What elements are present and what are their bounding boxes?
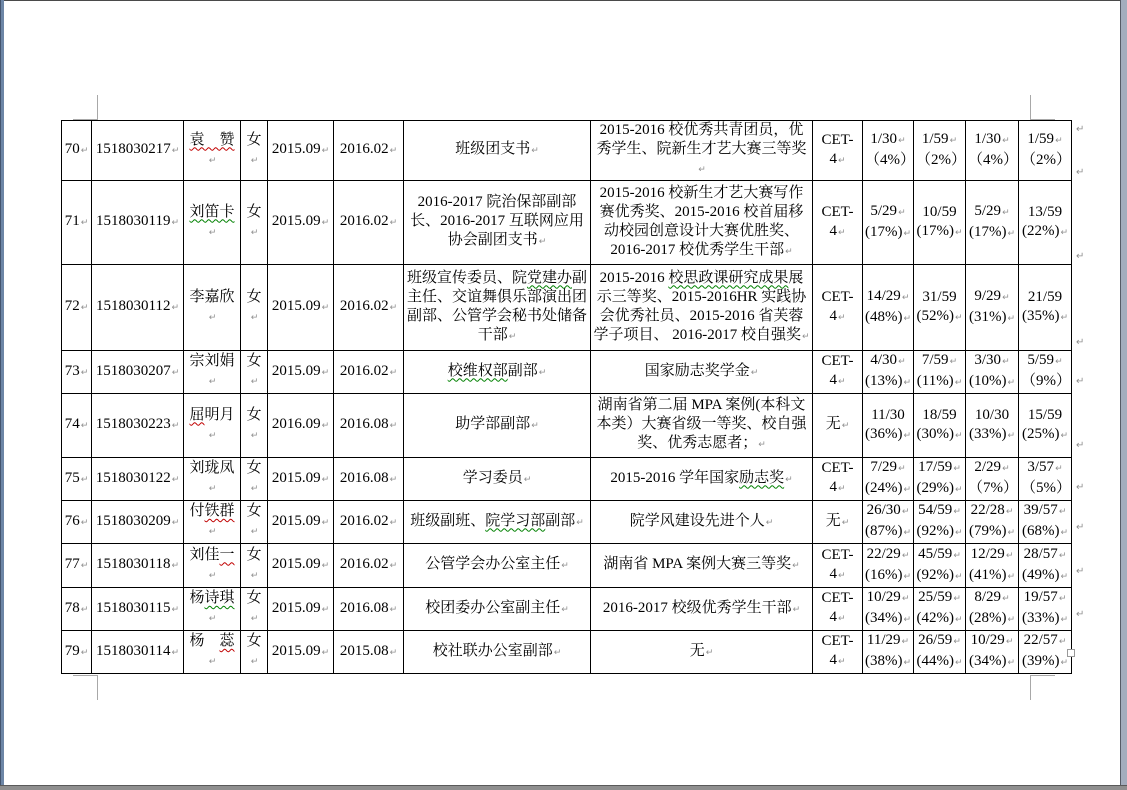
cell-term-start[interactable]: 2015.09↵ — [268, 588, 334, 631]
cell-end-mark: ↵ — [539, 237, 547, 247]
cell-end-mark: ↵ — [81, 475, 89, 485]
stat-percent: (10%)↵ — [968, 372, 1016, 393]
cell-end-mark: ↵ — [81, 648, 89, 658]
cell-end-mark: ↵ — [902, 293, 910, 303]
cell-end-mark: ↵ — [561, 561, 569, 571]
stat-percent: (29%)↵ — [916, 479, 963, 500]
stat-percent: (38%)↵ — [865, 652, 911, 673]
text-run: 女 — [246, 289, 261, 305]
cell-end-mark: ↵ — [322, 368, 330, 378]
cell-name[interactable]: 袁 赞↵ — [184, 121, 241, 181]
table-resize-handle[interactable] — [1067, 649, 1075, 657]
cell-end-mark: ↵ — [172, 475, 180, 485]
cell-awards[interactable]: 2015-2016 校思政课研究成果展示三等奖、2015-2016HR 实践协会… — [591, 265, 813, 351]
text-run: 2016.02 — [340, 141, 389, 157]
cell-end-mark: ↵ — [838, 313, 846, 323]
cell-end-mark: ↵ — [531, 146, 539, 156]
cell-stat-3[interactable]: 9/29↵(31%)↵ — [966, 265, 1019, 351]
cell-name[interactable]: 李嘉欣↵ — [184, 265, 241, 351]
cell-end-mark: ↵ — [902, 507, 910, 517]
cell-end-mark: ↵ — [172, 421, 180, 431]
cell-stat-1[interactable]: 4/30↵(13%)↵ — [863, 351, 914, 394]
cell-stat-1[interactable]: 26/30↵(87%)↵ — [863, 501, 914, 544]
cell-stat-3[interactable]: 10/30(33%)↵ — [966, 394, 1019, 458]
cell-term-end[interactable]: 2016.02↵ — [334, 121, 404, 181]
cell-name[interactable]: 宗刘娟↵ — [184, 351, 241, 394]
cell-stat-1[interactable]: 5/29↵(17%)↵ — [863, 181, 914, 265]
stat-fraction: 45/59↵ — [916, 545, 963, 566]
text-run: 院学习部 — [485, 513, 545, 529]
cell-end-mark: ↵ — [390, 475, 398, 485]
stat-percent: (35%)↵ — [1021, 307, 1069, 328]
cell-stat-1[interactable]: 11/30(36%)↵ — [863, 394, 914, 458]
text-run: 70 — [65, 141, 80, 157]
cell-end-mark: ↵ — [390, 518, 398, 528]
stat-fraction: 14/29↵ — [865, 287, 911, 308]
cell-end-mark: ↵ — [171, 605, 179, 615]
cell-position[interactable]: 校社联办公室副部↵ — [404, 631, 591, 674]
row-end-mark: ↵ — [1076, 609, 1084, 620]
cell-stat-1[interactable]: 10/29↵(34%)↵ — [863, 588, 914, 631]
cell-end-mark: ↵ — [1002, 208, 1010, 218]
text-run: 1518030223 — [96, 416, 171, 432]
cell-end-mark: ↵ — [1002, 464, 1010, 474]
text-run: 女 — [246, 547, 261, 563]
cell-end-mark: ↵ — [1060, 572, 1068, 582]
cell-stat-4[interactable]: 1/59↵（2%）↵ — [1019, 121, 1072, 181]
cell-end-mark: ↵ — [1059, 594, 1067, 604]
cell-row-number[interactable]: 73↵ — [62, 351, 92, 394]
cell-end-mark: ↵ — [904, 615, 912, 625]
cell-name[interactable]: 杨诗琪↵ — [184, 588, 241, 631]
cell-end-mark: ↵ — [322, 518, 330, 528]
cell-student-id[interactable]: 1518030115↵ — [92, 588, 184, 631]
cell-position[interactable]: 班级副班、院学习部副部↵ — [404, 501, 591, 544]
cell-stat-1[interactable]: 1/30↵（4%）↵ — [863, 121, 914, 181]
cell-term-start[interactable]: 2015.09↵ — [268, 181, 334, 265]
text-run: 2016.02 — [340, 298, 389, 314]
row-end-mark: ↵ — [1076, 251, 1084, 262]
stat-percent: （2%）↵ — [1021, 151, 1069, 172]
cell-end-mark: ↵ — [322, 303, 330, 313]
cell-gender[interactable]: 女↵ — [241, 394, 268, 458]
cell-stat-3[interactable]: 3/30↵(10%)↵ — [966, 351, 1019, 394]
cell-name[interactable]: 付铁群↵ — [184, 501, 241, 544]
cell-end-mark: ↵ — [390, 368, 398, 378]
cell-stat-4[interactable]: 39/57↵(68%)↵ — [1019, 501, 1072, 544]
stat-fraction: 1/30↵ — [865, 130, 911, 151]
stat-fraction: 10/59 — [916, 203, 963, 222]
cell-end-mark: ↵ — [531, 421, 539, 431]
cell-student-id[interactable]: 1518030112↵ — [92, 265, 184, 351]
cell-end-mark: ↵ — [209, 657, 217, 667]
cell-term-end[interactable]: 2016.02↵ — [334, 181, 404, 265]
margin-mark-bottom-right — [1030, 675, 1055, 700]
cell-stat-2[interactable]: 7/59↵(11%)↵ — [914, 351, 966, 394]
cell-end-mark: ↵ — [953, 594, 961, 604]
cell-term-end[interactable]: 2016.02↵ — [334, 351, 404, 394]
stat-fraction: 1/59↵ — [1021, 130, 1069, 151]
text-run: 无 — [826, 416, 841, 432]
cell-row-number[interactable]: 78↵ — [62, 588, 92, 631]
cell-gender[interactable]: 女↵ — [241, 181, 268, 265]
cell-row-number[interactable]: 76↵ — [62, 501, 92, 544]
cell-end-mark: ↵ — [209, 484, 217, 494]
stat-fraction: 22/57↵ — [1021, 631, 1069, 652]
cell-stat-4[interactable]: 13/59(22%)↵ — [1019, 181, 1072, 265]
cell-term-start[interactable]: 2015.09↵ — [268, 121, 334, 181]
cell-stat-4[interactable]: 22/57↵(39%)↵ — [1019, 631, 1072, 674]
cell-position[interactable]: 校团委办公室副主任↵ — [404, 588, 591, 631]
text-run: 2016.02 — [340, 556, 389, 572]
cell-end-mark: ↵ — [209, 156, 217, 166]
cell-end-mark: ↵ — [792, 561, 800, 571]
cell-end-mark: ↵ — [898, 136, 906, 146]
stat-fraction: 10/29↵ — [865, 588, 911, 609]
cell-row-number[interactable]: 77↵ — [62, 544, 92, 588]
cell-row-number[interactable]: 72↵ — [62, 265, 92, 351]
table-row: 76↵1518030209↵付铁群↵女↵2015.09↵2016.02↵班级副班… — [62, 501, 1072, 544]
stat-percent: (28%)↵ — [968, 609, 1016, 630]
cell-term-end[interactable]: 2016.08↵ — [334, 394, 404, 458]
cell-cet[interactable]: CET-4↵ — [813, 588, 863, 631]
cell-end-mark: ↵ — [209, 377, 217, 387]
stat-percent: (79%)↵ — [968, 522, 1016, 543]
text-run: 铁群 — [205, 503, 235, 519]
cell-student-id[interactable]: 1518030114↵ — [92, 631, 184, 674]
text-run: 杨 — [189, 633, 219, 649]
margin-mark-top-left — [73, 95, 98, 120]
cell-gender[interactable]: 女↵ — [241, 631, 268, 674]
cell-student-id[interactable]: 1518030119↵ — [92, 181, 184, 265]
text-run: 2015.09 — [272, 141, 321, 157]
cell-end-mark: ↵ — [1055, 136, 1063, 146]
text-run: 国家励志奖学金 — [645, 363, 750, 379]
cell-end-mark: ↵ — [955, 528, 963, 538]
cell-stat-2[interactable]: 25/59↵(42%)↵ — [914, 588, 966, 631]
cell-position[interactable]: 2016-2017 院治保部副部长、2016-2017 互联网应用协会副团支书↵ — [404, 181, 591, 265]
cell-row-number[interactable]: 71↵ — [62, 181, 92, 265]
cell-cet[interactable]: CET-4↵ — [813, 351, 863, 394]
stat-percent: (17%)↵ — [916, 222, 963, 243]
stat-fraction: 2/29↵ — [968, 458, 1016, 479]
cell-gender[interactable]: 女↵ — [241, 458, 268, 501]
cell-student-id[interactable]: 1518030118↵ — [92, 544, 184, 588]
cell-stat-2[interactable]: 26/59↵(44%)↵ — [914, 631, 966, 674]
cell-end-mark: ↵ — [524, 475, 532, 485]
cell-name[interactable]: 杨 蕊↵ — [184, 631, 241, 674]
stat-percent: （4%）↵ — [865, 151, 911, 172]
cell-end-mark: ↵ — [955, 485, 963, 495]
text-run: 班级团支书 — [455, 141, 530, 157]
cell-term-start[interactable]: 2015.09↵ — [268, 501, 334, 544]
cell-student-id[interactable]: 1518030223↵ — [92, 394, 184, 458]
text-run: 副部 — [508, 363, 538, 379]
cell-term-start[interactable]: 2015.09↵ — [268, 458, 334, 501]
text-run: 校维权部 — [448, 363, 508, 379]
cell-stat-2[interactable]: 1/59↵（2%）↵ — [914, 121, 966, 181]
cell-term-start[interactable]: 2015.09↵ — [268, 544, 334, 588]
table-row: 72↵1518030112↵李嘉欣↵女↵2015.09↵2016.02↵班级宣传… — [62, 265, 1072, 351]
stat-percent: (22%)↵ — [1021, 222, 1069, 243]
stat-percent: (39%)↵ — [1021, 652, 1069, 673]
stat-percent: （9%）↵ — [1021, 372, 1069, 393]
text-run: 1518030122 — [96, 470, 171, 486]
text-run: 湖南省第二届 MPA 案例(本科文本类）大赛省级一等奖、校自强奖、优秀志愿者； — [596, 397, 806, 451]
text-run: 班级宣传委员、院 — [407, 270, 527, 286]
stat-percent: (87%)↵ — [865, 522, 911, 543]
cell-end-mark: ↵ — [1059, 507, 1067, 517]
cell-awards[interactable]: 院学风建设先进个人↵ — [591, 501, 813, 544]
cell-end-mark: ↵ — [322, 218, 330, 228]
cell-term-start[interactable]: 2015.09↵ — [268, 631, 334, 674]
stat-fraction: 3/57↵ — [1021, 458, 1069, 479]
cell-cet[interactable]: 无↵ — [813, 394, 863, 458]
text-run: 2015.09 — [272, 298, 321, 314]
cell-stat-2[interactable]: 17/59↵(29%)↵ — [914, 458, 966, 501]
cell-gender[interactable]: 女↵ — [241, 351, 268, 394]
cell-end-mark: ↵ — [171, 648, 179, 658]
cell-end-mark: ↵ — [1006, 507, 1014, 517]
cell-end-mark: ↵ — [1007, 229, 1015, 239]
stat-fraction: 7/59↵ — [916, 351, 963, 372]
cell-end-mark: ↵ — [1007, 572, 1015, 582]
cell-end-mark: ↵ — [81, 421, 89, 431]
cell-end-mark: ↵ — [171, 561, 179, 571]
cell-cet[interactable]: CET-4↵ — [813, 458, 863, 501]
cell-term-end[interactable]: 2015.08↵ — [334, 631, 404, 674]
cell-cet[interactable]: CET-4↵ — [813, 631, 863, 674]
row-end-mark: ↵ — [1076, 337, 1084, 348]
text-run: 2015.09 — [272, 363, 321, 379]
cell-awards[interactable]: 2015-2016 学年国家励志奖↵ — [591, 458, 813, 501]
cell-cet[interactable]: CET-4↵ — [813, 121, 863, 181]
cell-end-mark: ↵ — [904, 431, 912, 441]
cell-gender[interactable]: 女↵ — [241, 121, 268, 181]
cell-end-mark: ↵ — [390, 648, 398, 658]
cell-stat-4[interactable]: 15/59(25%)↵ — [1019, 394, 1072, 458]
cell-end-mark: ↵ — [322, 421, 330, 431]
text-run: 1518030115 — [96, 600, 170, 616]
cell-end-mark: ↵ — [838, 377, 846, 387]
cell-cet[interactable]: CET-4↵ — [813, 181, 863, 265]
cell-end-mark: ↵ — [1002, 293, 1010, 303]
stat-fraction: 9/29↵ — [968, 287, 1016, 308]
stat-fraction: 4/30↵ — [865, 351, 911, 372]
text-run: 宗刘娟 — [189, 353, 234, 369]
cell-awards[interactable]: 2015-2016 校优秀共青团员，优秀学生、院新生才艺大赛三等奖↵ — [591, 121, 813, 181]
cell-end-mark: ↵ — [1002, 594, 1010, 604]
cell-gender[interactable]: 女↵ — [241, 265, 268, 351]
cell-stat-4[interactable]: 5/59↵（9%）↵ — [1019, 351, 1072, 394]
cell-cet[interactable]: CET-4↵ — [813, 544, 863, 588]
cell-position[interactable]: 校维权部副部↵ — [404, 351, 591, 394]
text-run: 公管学会办公室主任 — [425, 556, 560, 572]
cell-end-mark: ↵ — [172, 518, 180, 528]
cell-end-mark: ↵ — [171, 303, 179, 313]
cell-row-number[interactable]: 74↵ — [62, 394, 92, 458]
cell-student-id[interactable]: 1518030209↵ — [92, 501, 184, 544]
cell-end-mark: ↵ — [1060, 658, 1068, 668]
stat-percent: （4%）↵ — [968, 151, 1016, 172]
cell-end-mark: ↵ — [902, 637, 910, 647]
cell-end-mark: ↵ — [322, 561, 330, 571]
cell-term-end[interactable]: 2016.08↵ — [334, 458, 404, 501]
text-run: 刘珑凤 — [189, 460, 234, 476]
cell-end-mark: ↵ — [539, 368, 547, 378]
cell-end-mark: ↵ — [950, 357, 958, 367]
cell-student-id[interactable]: 1518030217↵ — [92, 121, 184, 181]
cell-stat-2[interactable]: 18/59(30%)↵ — [914, 394, 966, 458]
cell-stat-4[interactable]: 19/57↵(33%)↵ — [1019, 588, 1072, 631]
text-run: 党建办 — [527, 270, 572, 286]
stat-percent: (34%)↵ — [968, 652, 1016, 673]
cell-stat-2[interactable]: 54/59↵(92%)↵ — [914, 501, 966, 544]
cell-stat-2[interactable]: 45/59↵(92%)↵ — [914, 544, 966, 588]
stat-percent: (41%)↵ — [968, 566, 1016, 587]
cell-term-start[interactable]: 2015.09↵ — [268, 265, 334, 351]
cell-cet[interactable]: 无↵ — [813, 501, 863, 544]
cell-awards[interactable]: 湖南省第二届 MPA 案例(本科文本类）大赛省级一等奖、校自强奖、优秀志愿者；↵ — [591, 394, 813, 458]
cell-stat-3[interactable]: 2/29↵（7%）↵ — [966, 458, 1019, 501]
cell-end-mark: ↵ — [81, 303, 89, 313]
text-run: 74 — [65, 416, 80, 432]
cell-position[interactable]: 班级团支书↵ — [404, 121, 591, 181]
cell-position[interactable]: 学习委员↵ — [404, 458, 591, 501]
cell-stat-3[interactable]: 1/30↵（4%）↵ — [966, 121, 1019, 181]
text-run: 学习委员 — [463, 470, 523, 486]
cell-awards[interactable]: 2016-2017 校级优秀学生干部↵ — [591, 588, 813, 631]
cell-gender[interactable]: 女↵ — [241, 501, 268, 544]
cell-term-end[interactable]: 2016.02↵ — [334, 544, 404, 588]
cell-stat-3[interactable]: 10/29↵(34%)↵ — [966, 631, 1019, 674]
cell-stat-1[interactable]: 14/29↵(48%)↵ — [863, 265, 914, 351]
cell-awards[interactable]: 2015-2016 校新生才艺大赛写作赛优秀奖、2015-2016 校首届移动校… — [591, 181, 813, 265]
cell-end-mark: ↵ — [1059, 637, 1067, 647]
cell-stat-1[interactable]: 7/29↵(24%)↵ — [863, 458, 914, 501]
cell-name[interactable]: 刘笛卡↵ — [184, 181, 241, 265]
cell-term-end[interactable]: 2016.02↵ — [334, 501, 404, 544]
cell-stat-2[interactable]: 10/59(17%)↵ — [914, 181, 966, 265]
stat-fraction: 25/59↵ — [916, 588, 963, 609]
text-run: 2015.09 — [272, 513, 321, 529]
cell-stat-2[interactable]: 31/59(52%)↵ — [914, 265, 966, 351]
text-run: 2015.09 — [272, 470, 321, 486]
table-row: 73↵1518030207↵宗刘娟↵女↵2015.09↵2016.02↵校维权部… — [62, 351, 1072, 394]
cell-stat-3[interactable]: 8/29↵(28%)↵ — [966, 588, 1019, 631]
text-run: 2016.08 — [340, 470, 389, 486]
cell-position[interactable]: 班级宣传委员、院党建办副主任、交谊舞俱乐部演出团副部、公管学会秘书处储备干部↵ — [404, 265, 591, 351]
cell-end-mark: ↵ — [322, 648, 330, 658]
cell-end-mark: ↵ — [955, 228, 963, 238]
table-row: 78↵1518030115↵杨诗琪↵女↵2015.09↵2016.08↵校团委办… — [62, 588, 1072, 631]
cell-name[interactable]: 刘珑凤↵ — [184, 458, 241, 501]
text-run: 女 — [246, 633, 261, 649]
cell-end-mark: ↵ — [554, 648, 562, 658]
stat-fraction: 22/28↵ — [968, 501, 1016, 522]
stat-percent: (48%)↵ — [865, 308, 911, 329]
cell-end-mark: ↵ — [838, 156, 846, 166]
cell-student-id[interactable]: 1518030207↵ — [92, 351, 184, 394]
table-row: 70↵1518030217↵袁 赞↵女↵2015.09↵2016.02↵班级团支… — [62, 121, 1072, 181]
cell-end-mark: ↵ — [955, 313, 963, 323]
stat-fraction: 10/30 — [968, 406, 1016, 425]
text-run: 女 — [246, 353, 261, 369]
stat-percent: (33%)↵ — [968, 425, 1016, 446]
text-run: 女 — [246, 132, 261, 148]
cell-stat-1[interactable]: 22/29↵(16%)↵ — [863, 544, 914, 588]
cell-end-mark: ↵ — [706, 648, 714, 658]
cell-position[interactable]: 助学部副部↵ — [404, 394, 591, 458]
cell-awards[interactable]: 无↵ — [591, 631, 813, 674]
cell-end-mark: ↵ — [390, 218, 398, 228]
cell-position[interactable]: 公管学会办公室主任↵ — [404, 544, 591, 588]
text-run: 刘佳 — [189, 547, 219, 563]
cell-end-mark: ↵ — [322, 475, 330, 485]
cell-end-mark: ↵ — [251, 377, 259, 387]
cell-end-mark: ↵ — [953, 507, 961, 517]
cell-end-mark: ↵ — [1007, 378, 1015, 388]
cell-stat-3[interactable]: 5/29↵(17%)↵ — [966, 181, 1019, 265]
cell-student-id[interactable]: 1518030122↵ — [92, 458, 184, 501]
cell-end-mark: ↵ — [1060, 615, 1068, 625]
cell-end-mark: ↵ — [81, 146, 89, 156]
text-run: 湖南省 MPA 案例大赛三等奖 — [603, 556, 791, 572]
cell-term-start[interactable]: 2015.09↵ — [268, 351, 334, 394]
cell-end-mark: ↵ — [172, 368, 180, 378]
text-run: 2016-2017 院治保部副部长、2016-2017 互联网应用协会副团支书 — [410, 194, 584, 248]
cell-end-mark: ↵ — [904, 528, 912, 538]
cell-gender[interactable]: 女↵ — [241, 544, 268, 588]
cell-gender[interactable]: 女↵ — [241, 588, 268, 631]
cell-stat-4[interactable]: 21/59(35%)↵ — [1019, 265, 1072, 351]
stat-percent: (11%)↵ — [916, 372, 963, 393]
text-run: 1518030118 — [96, 556, 170, 572]
stat-fraction: 12/29↵ — [968, 545, 1016, 566]
cell-cet[interactable]: CET-4↵ — [813, 265, 863, 351]
roster-body: 70↵1518030217↵袁 赞↵女↵2015.09↵2016.02↵班级团支… — [62, 121, 1072, 674]
text-run: 1518030119 — [96, 213, 170, 229]
cell-name[interactable]: 屈明月↵ — [184, 394, 241, 458]
cell-row-number[interactable]: 75↵ — [62, 458, 92, 501]
cell-term-start[interactable]: 2016.09↵ — [268, 394, 334, 458]
cell-end-mark: ↵ — [251, 228, 259, 238]
cell-term-end[interactable]: 2016.08↵ — [334, 588, 404, 631]
cell-stat-4[interactable]: 3/57↵（5%）↵ — [1019, 458, 1072, 501]
text-run: 无 — [690, 643, 705, 659]
cell-stat-4[interactable]: 28/57↵(49%)↵ — [1019, 544, 1072, 588]
cell-stat-3[interactable]: 12/29↵(41%)↵ — [966, 544, 1019, 588]
text-run: 72 — [65, 298, 80, 314]
text-run: 1518030207 — [96, 363, 171, 379]
cell-end-mark: ↵ — [838, 228, 846, 238]
cell-stat-3[interactable]: 22/28↵(79%)↵ — [966, 501, 1019, 544]
cell-end-mark: ↵ — [1060, 431, 1068, 441]
cell-name[interactable]: 刘佳一↵ — [184, 544, 241, 588]
stat-fraction: 1/59↵ — [916, 130, 963, 151]
text-run: 2016.02 — [340, 213, 389, 229]
cell-row-number[interactable]: 79↵ — [62, 631, 92, 674]
cell-end-mark: ↵ — [1007, 431, 1015, 441]
cell-end-mark: ↵ — [81, 561, 89, 571]
cell-end-mark: ↵ — [1055, 464, 1063, 474]
cell-term-end[interactable]: 2016.02↵ — [334, 265, 404, 351]
cell-row-number[interactable]: 70↵ — [62, 121, 92, 181]
cell-awards[interactable]: 湖南省 MPA 案例大赛三等奖↵ — [591, 544, 813, 588]
cell-end-mark: ↵ — [955, 572, 963, 582]
cell-stat-1[interactable]: 11/29↵(38%)↵ — [863, 631, 914, 674]
cell-awards[interactable]: 国家励志奖学金↵ — [591, 351, 813, 394]
